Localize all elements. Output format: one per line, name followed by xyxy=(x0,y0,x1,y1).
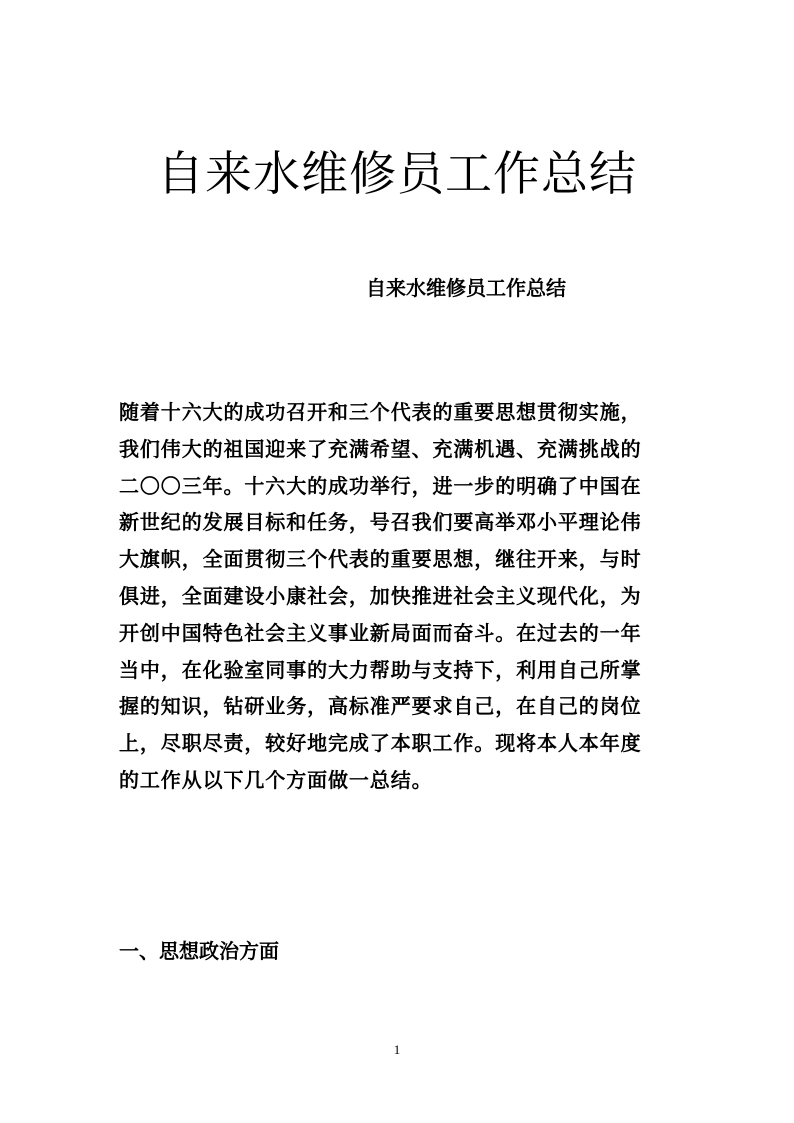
document-page: 自来水维修员工作总结 自来水维修员工作总结 随着十六大的成功召开和三个代表的重要… xyxy=(0,0,794,1123)
paragraph-line: 当中，在化验室同事的大力帮助与支持下，利用自己所掌 xyxy=(119,652,671,689)
paragraph-line: 握的知识，钻研业务，高标准严要求自己，在自己的岗位 xyxy=(119,688,671,725)
document-title: 自来水维修员工作总结 xyxy=(0,140,794,210)
intro-paragraph: 随着十六大的成功召开和三个代表的重要思想贯彻实施， 我们伟大的祖国迎来了充满希望… xyxy=(119,394,671,799)
paragraph-line: 随着十六大的成功召开和三个代表的重要思想贯彻实施， xyxy=(119,394,671,431)
paragraph-line: 俱进，全面建设小康社会，加快推进社会主义现代化，为 xyxy=(119,578,671,615)
paragraph-line: 二〇〇三年。十六大的成功举行，进一步的明确了中国在 xyxy=(119,468,671,505)
paragraph-line: 大旗帜，全面贯彻三个代表的重要思想，继往开来，与时 xyxy=(119,541,671,578)
paragraph-line: 上，尽职尽责，较好地完成了本职工作。现将本人本年度 xyxy=(119,725,671,762)
paragraph-line: 的工作从以下几个方面做一总结。 xyxy=(119,762,671,799)
document-subtitle: 自来水维修员工作总结 xyxy=(366,273,566,303)
page-number: 1 xyxy=(0,1041,794,1059)
paragraph-line: 新世纪的发展目标和任务，号召我们要高举邓小平理论伟 xyxy=(119,504,671,541)
paragraph-line: 开创中国特色社会主义事业新局面而奋斗。在过去的一年 xyxy=(119,615,671,652)
section-heading: 一、思想政治方面 xyxy=(119,935,279,967)
paragraph-line: 我们伟大的祖国迎来了充满希望、充满机遇、充满挑战的 xyxy=(119,431,671,468)
